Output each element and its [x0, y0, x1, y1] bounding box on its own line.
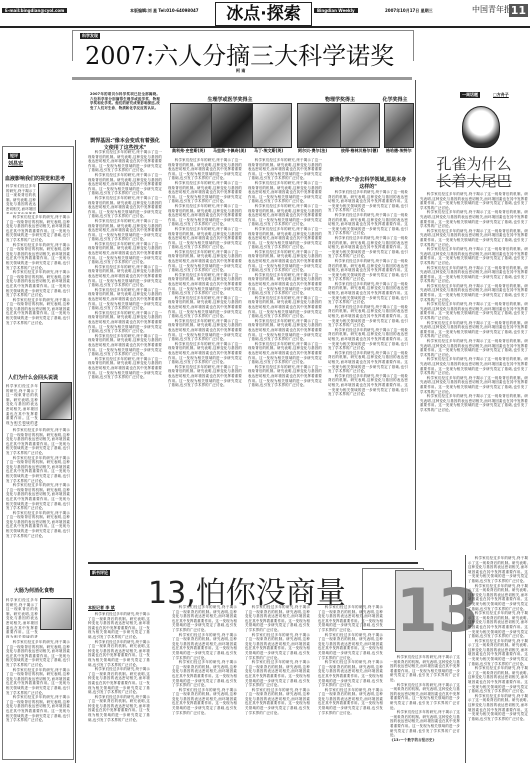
left-article-3-intro: 科学家们经过多年的研究,终于揭示了这一现象背后的机制。研究表明,这种变化与基因的…: [6, 598, 38, 638]
right-column-continued: 科学家们经过多年的研究,终于揭示了这一现象背后的机制。研究表明,这种变化与基因的…: [468, 556, 528, 761]
newspaper-brand: 中国青年报: [472, 4, 512, 15]
caption-capecchi: 马里奥·卡佩奇(美): [213, 148, 246, 154]
laureate-photo-grunberg: [340, 103, 380, 148]
masthead-date: 2007年10月17日 星期三: [385, 8, 433, 14]
left-article-2-body: 科学家们经过多年的研究,终于揭示了这一现象背后的机制。研究表明,这种变化与基因的…: [6, 428, 70, 576]
right-tag: 一周话题: [460, 92, 480, 98]
left-article-1-body: 科学家们经过多年的研究,终于揭示了这一现象背后的机制。研究表明,这种变化与基因的…: [6, 215, 70, 370]
laureate-photo-smithies: [170, 103, 212, 148]
main-column-1: 科学家们经过多年的研究,终于揭示了这一现象背后的机制。研究表明,这种变化与基因的…: [88, 150, 162, 545]
subhead-1: 剽悍基因:"像本会变成有着强化文使用了这些技术": [88, 137, 162, 151]
main-column-3: 科学家们经过多年的研究,终于揭示了这一现象背后的机制。研究表明,这种变化与基因的…: [248, 158, 322, 545]
left-article-1-title: 血液影响我们的视觉和思考: [5, 175, 71, 182]
main-intro: 2007年的诺贝尔科学奖项已经全部揭晓。六位科学家分别摘得生理学或医学奖、物理学…: [90, 92, 160, 132]
book-column-2: 科学家们经过多年的研究,终于揭示了这一现象背后的机制。研究表明,这种变化与基因的…: [172, 605, 237, 762]
laureate-photo-fert: [297, 103, 341, 148]
subhead-2: 新贵化学:"会去科学领域,那是本身这样的": [328, 176, 408, 190]
book-cover-number: 13: [396, 571, 451, 651]
right-author: □方舟子: [493, 92, 509, 98]
section-title: 冰点·探索: [215, 2, 312, 26]
main-column-2: 科学家们经过多年的研究,终于揭示了这一现象背后的机制。研究表明,这种变化与基因的…: [168, 158, 242, 545]
prize-label-medicine: 生理学或医学奖得主: [170, 96, 290, 103]
left-author: 刘昌宏: [8, 160, 23, 167]
masthead: E-mail:bingdian@cyol.com 本版编辑:刘 星 Tel:01…: [0, 0, 530, 28]
caption-fert: 阿尔贝·费尔(法): [298, 148, 327, 154]
main-byline: 柯 南: [236, 68, 245, 74]
food-photo: [40, 598, 72, 630]
book-tag: 新书评论: [90, 570, 110, 576]
masthead-email: E-mail:bingdian@cyol.com: [2, 8, 67, 13]
main-column-4: 科学家们经过多年的研究,终于揭示了这一现象背后的机制。研究表明,这种变化与基因的…: [328, 190, 408, 545]
caption-smithies: 奥利弗·史密斯(英): [172, 148, 205, 154]
book-column-1: 科学家们经过多年的研究,终于揭示了这一现象背后的机制。研究表明,这种变化与基因的…: [88, 612, 150, 762]
caption-grunberg: 彼得·格林贝格尔(德): [341, 148, 378, 154]
masthead-english-name: Bingdian Weekly: [314, 8, 358, 13]
caption-evans: 马丁·埃文斯(英): [254, 148, 283, 154]
woman-photo: [40, 382, 72, 420]
caption-ertl: 格哈德·埃特尔(德): [386, 148, 412, 154]
book-cover: 13: [395, 570, 452, 652]
right-column-body: 科学家们经过多年的研究,终于揭示了这一现象背后的机制。研究表明,这种变化与基因的…: [420, 192, 528, 552]
author-portrait-sketch: [462, 106, 500, 148]
brain-illustration: [38, 183, 72, 213]
bottom-right-divider: [465, 555, 466, 763]
masthead-editor: 本版编辑:刘 星 Tel:010-64098047: [130, 8, 199, 14]
left-article-2-title: 人们为什么会回头说谎: [8, 374, 72, 381]
book-column-3: 科学家们经过多年的研究,终于揭示了这一现象背后的机制。研究表明,这种变化与基因的…: [245, 605, 310, 762]
left-article-2-intro: 科学家们经过多年的研究,终于揭示了这一现象背后的机制。研究表明,这种变化与基因的…: [6, 384, 38, 426]
left-article-1-intro: 科学家们经过多年的研究,终于揭示了这一现象背后的机制。研究表明,这种变化与基因的…: [6, 184, 36, 214]
left-divider: [75, 140, 76, 763]
laureate-photo-evans: [252, 103, 292, 148]
prize-label-chemistry: 化学奖得主: [380, 96, 410, 103]
right-headline: 孔雀为什么 长着大尾巴: [418, 156, 530, 190]
prize-label-physics: 物理学奖得主: [300, 96, 380, 103]
right-divider: [415, 80, 416, 550]
book-byline: 本报记者 李 斌: [88, 605, 115, 611]
header-rule: [72, 77, 412, 80]
book-section-rule: [88, 562, 418, 564]
left-article-3-title: 大肠为何消化食物: [14, 587, 54, 594]
main-headline: 2007:六人分摘三大科学诺奖: [85, 36, 394, 71]
left-article-3-body: 科学家们经过多年的研究,终于揭示了这一现象背后的机制。研究表明,这种变化与基因的…: [6, 640, 70, 755]
page-number: 11: [509, 4, 528, 17]
book-column-5: 科学家们经过多年的研究,终于揭示了这一现象背后的机制。研究表明,这种变化与基因的…: [390, 655, 460, 763]
left-tag: 短评: [8, 153, 20, 159]
laureate-photo-ertl: [384, 103, 414, 148]
laureate-photo-capecchi: [211, 103, 253, 148]
